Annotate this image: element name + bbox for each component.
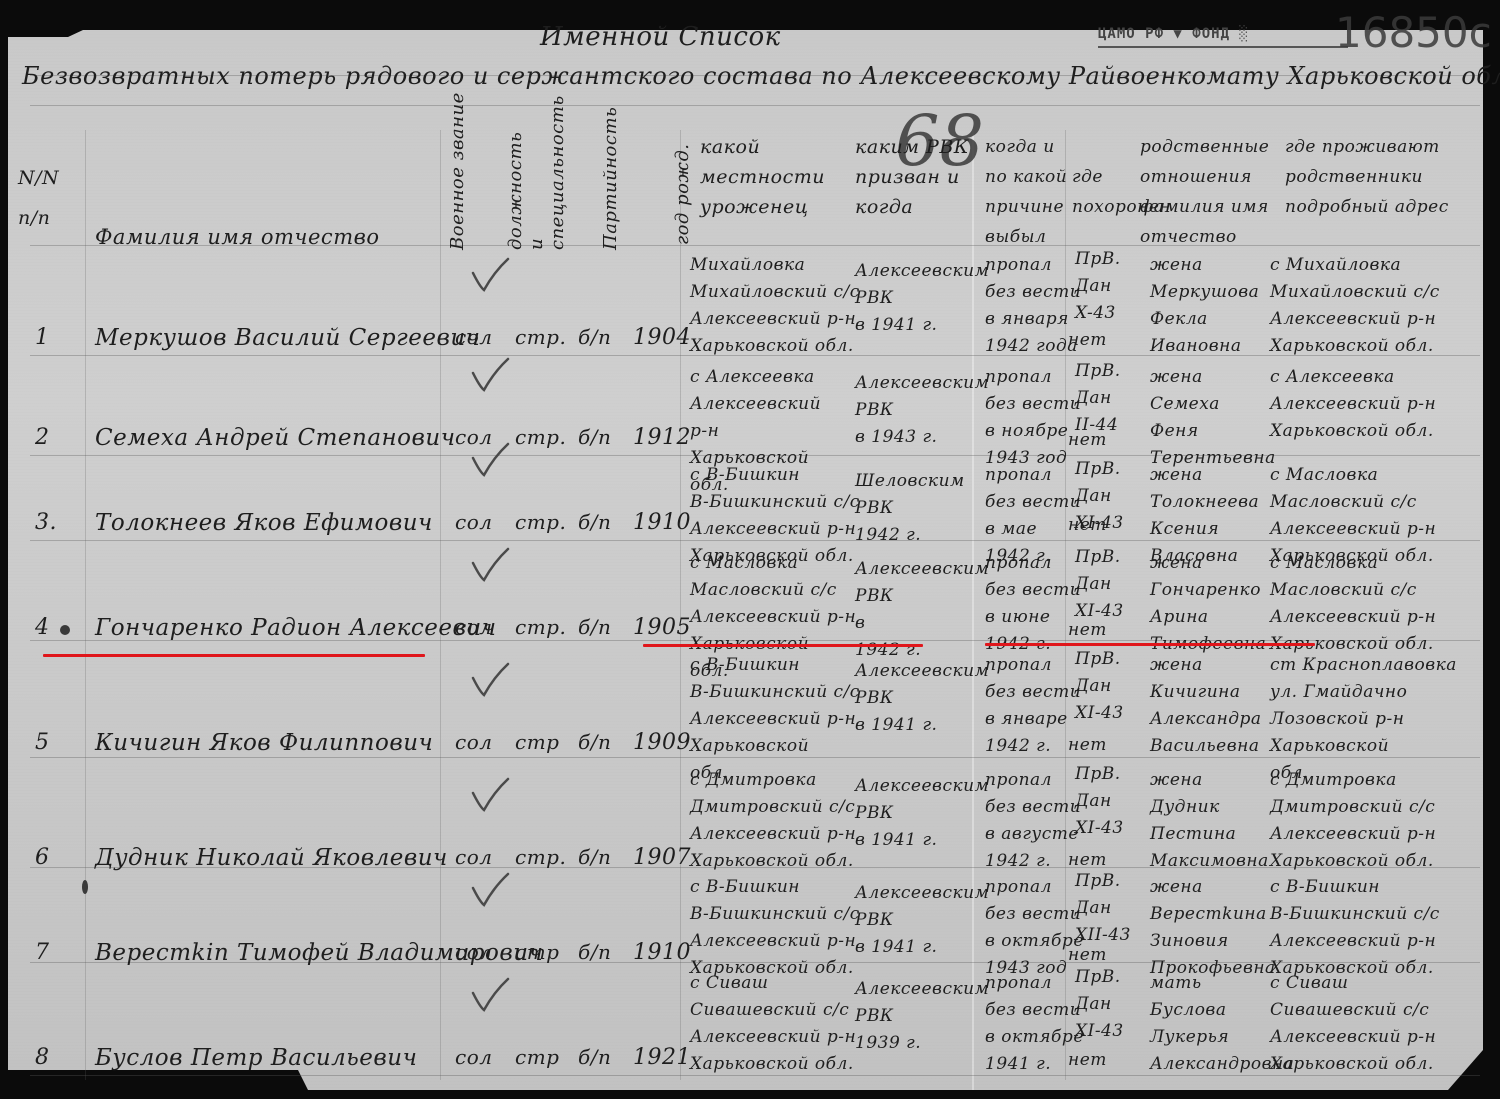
birthplace-line: Харьковской обл. — [690, 1051, 850, 1078]
death-line: в января — [985, 306, 1075, 333]
birthplace-line: Михайловка — [690, 252, 850, 279]
annotation-mark: Дан — [1075, 571, 1145, 598]
birthplace-line: с Масловка — [690, 550, 850, 577]
birthplace-line: с Дмитровка — [690, 767, 850, 794]
archive-stamp: ЦАМО РФ ▼ ФОНД ░ — [1098, 22, 1348, 48]
birthplace-line: с В-Бишкин — [690, 652, 850, 679]
death-line: без вести — [985, 279, 1075, 306]
address-line: Алексеевский р-н — [1270, 306, 1470, 333]
checkmark-icon — [470, 547, 510, 583]
checkmark-icon — [470, 977, 510, 1013]
document-subtitle: Безвозвратных потерь рядового и сержантс… — [22, 62, 1500, 90]
birthplace-line: с Алексеевка — [690, 364, 850, 391]
address-line: с Дмитровка — [1270, 767, 1470, 794]
conscription-line: РВК — [855, 907, 980, 934]
birth-year: 1912 — [633, 425, 691, 450]
conscription-line: в 1941 г. — [855, 934, 980, 961]
relative-line: Кичигина — [1150, 679, 1280, 706]
relative-line: Александровна — [1150, 1051, 1280, 1078]
party: б/п — [578, 425, 611, 449]
death-line: в мае — [985, 516, 1075, 543]
death-line: без вести — [985, 679, 1075, 706]
relative-line: Арина — [1150, 604, 1280, 631]
birthplace-line: с В-Бишкин — [690, 874, 850, 901]
death-line: без вести — [985, 391, 1075, 418]
annotation-mark: XI-43 — [1075, 598, 1145, 625]
relative-line: жена — [1150, 364, 1280, 391]
address-line: Харьковской обл. — [1270, 418, 1470, 445]
address-line: с Масловка — [1270, 462, 1470, 489]
checkmark-icon — [470, 662, 510, 698]
relative-line: жена — [1150, 252, 1280, 279]
rank: сол — [455, 845, 492, 869]
death-line: пропал — [985, 652, 1075, 679]
row-number: 8 — [35, 1045, 50, 1070]
death-line: в июне — [985, 604, 1075, 631]
birth-year: 1904 — [633, 325, 691, 350]
header-num: N/N п/п — [18, 158, 78, 238]
party: б/п — [578, 325, 611, 349]
relative-line: Пестина — [1150, 821, 1280, 848]
conscription-line: РВК — [855, 800, 980, 827]
conscription-line: РВК — [855, 285, 980, 312]
relative-line: Васильевна — [1150, 733, 1280, 760]
red-underline-death — [985, 643, 1315, 646]
death-line: пропал — [985, 462, 1075, 489]
annotation-mark: ПрВ. — [1075, 246, 1145, 273]
relative-line: Семеха — [1150, 391, 1280, 418]
birth-year: 1910 — [633, 940, 691, 965]
address-line: с Алексеевка — [1270, 364, 1470, 391]
header-party: Партийность — [600, 135, 621, 250]
row-number: 1 — [35, 325, 50, 350]
header-burial: где похоронен — [1072, 162, 1132, 222]
annotation-mark: ПрВ. — [1075, 964, 1145, 991]
address-line: Лозовской р-н — [1270, 706, 1470, 733]
death-line: пропал — [985, 970, 1075, 997]
death-line: пропал — [985, 874, 1075, 901]
relative-line: Гончаренко — [1150, 577, 1280, 604]
checkmark-icon — [470, 357, 510, 393]
party: б/п — [578, 940, 611, 964]
burial: нет — [1068, 327, 1107, 354]
death-line: в октябре — [985, 928, 1075, 955]
header-death: когда и по какой причине выбыл — [985, 132, 1070, 252]
party: б/п — [578, 1045, 611, 1069]
address-line: с Сиваш — [1270, 970, 1470, 997]
annotation-mark: ПрВ. — [1075, 456, 1145, 483]
address-line: Алексеевский р-н — [1270, 928, 1470, 955]
annotation-mark: ПрВ. — [1075, 358, 1145, 385]
row-number: 6 — [35, 845, 50, 870]
birth-year: 1905 — [633, 615, 691, 640]
header-address: где проживают родственники подробный адр… — [1285, 132, 1465, 222]
address-line: В-Бишкинский с/с — [1270, 901, 1470, 928]
address-line: Харьковской обл. — [1270, 333, 1470, 360]
position: стр. — [515, 325, 566, 349]
conscription-line: Алексеевским — [855, 773, 980, 800]
archive-number: 16850с — [1335, 8, 1492, 57]
birthplace-line: Алексеевский р-н — [690, 821, 850, 848]
birthplace-line: Сивашевский с/с — [690, 997, 850, 1024]
relative-line: жена — [1150, 652, 1280, 679]
annotation-mark: Дан — [1075, 895, 1145, 922]
address-line: Дмитровский с/с — [1270, 794, 1470, 821]
header-name: Фамилия имя отчество — [95, 225, 379, 249]
birthplace-line: Харьковской обл. — [690, 333, 850, 360]
relative-line: Зиновия — [1150, 928, 1280, 955]
annotation-mark: Дан — [1075, 273, 1145, 300]
annotation-mark: ПрВ. — [1075, 544, 1145, 571]
birthplace-line: В-Бишкинский с/с — [690, 679, 850, 706]
birth-year: 1909 — [633, 730, 691, 755]
address-line: с Михайловка — [1270, 252, 1470, 279]
position: стр — [515, 730, 559, 754]
annotation-mark: Дан — [1075, 991, 1145, 1018]
birthplace-line: Дмитровский с/с — [690, 794, 850, 821]
relative-line: Верестkина — [1150, 901, 1280, 928]
conscription-line: РВК — [855, 583, 980, 610]
death-line: пропал — [985, 767, 1075, 794]
relative-line: жена — [1150, 550, 1280, 577]
relative-line: Ксения — [1150, 516, 1280, 543]
checkmark-icon — [470, 777, 510, 813]
soldier-name: Меркушов Василий Сергеевич — [95, 325, 480, 351]
soldier-name: Гончаренко Радион Алексеевич — [95, 615, 497, 641]
death-line: без вести — [985, 901, 1075, 928]
address-line: с В-Бишкин — [1270, 874, 1470, 901]
conscription-line: Шеловским — [855, 468, 980, 495]
death-line: в январе — [985, 706, 1075, 733]
conscription-line: в 1941 г. — [855, 712, 980, 739]
birthplace-line: с В-Бишкин — [690, 462, 850, 489]
row-number: 7 — [35, 940, 50, 965]
address-line: Масловский с/с — [1270, 577, 1470, 604]
annotation-mark: II-44 — [1075, 412, 1145, 439]
checkmark-icon — [470, 257, 510, 293]
birthplace-line: с Сиваш — [690, 970, 850, 997]
death-line: в ноябре — [985, 418, 1075, 445]
birth-year: 1910 — [633, 510, 691, 535]
conscription-line: РВК — [855, 397, 980, 424]
position: стр. — [515, 615, 566, 639]
relative-line: Ивановна — [1150, 333, 1280, 360]
annotation-mark: Дан — [1075, 673, 1145, 700]
burial: нет — [1068, 1047, 1107, 1074]
conscription-line: 1939 г. — [855, 1030, 980, 1057]
header-relative: родственные отношения фамилия имя отчест… — [1140, 132, 1280, 252]
burial: нет — [1068, 732, 1107, 759]
annotation-mark: XI-43 — [1075, 1018, 1145, 1045]
position: стр. — [515, 425, 566, 449]
relative-line: Максимовна — [1150, 848, 1280, 875]
relative-line: Лукерья — [1150, 1024, 1280, 1051]
party: б/п — [578, 730, 611, 754]
relative-line: Дудник — [1150, 794, 1280, 821]
ruled-line — [30, 105, 1480, 106]
header-birthplace: какой местности уроженец — [700, 132, 850, 222]
birthplace-line: Алексеевский р-н — [690, 604, 850, 631]
row-number: 3. — [35, 510, 57, 535]
party: б/п — [578, 845, 611, 869]
annotation-mark: XII-43 — [1075, 922, 1145, 949]
address-line: ул. Гмайдачно — [1270, 679, 1470, 706]
party: б/п — [578, 510, 611, 534]
annotation-mark: XI-43 — [1075, 815, 1145, 842]
birthplace-line: В-Бишкинский с/с — [690, 489, 850, 516]
address-line: Харьковской обл. — [1270, 1051, 1470, 1078]
paper-tear — [82, 880, 88, 894]
annotation-mark: ПрВ. — [1075, 761, 1145, 788]
party: б/п — [578, 615, 611, 639]
address-line: Алексеевский р-н — [1270, 1024, 1470, 1051]
relative-line: жена — [1150, 462, 1280, 489]
death-line: пропал — [985, 364, 1075, 391]
soldier-name: Буслов Петр Васильевич — [95, 1045, 417, 1071]
address-line: Харьковской обл. — [1270, 848, 1470, 875]
header-rank: Военное звание — [447, 140, 468, 250]
death-line: 1941 г. — [985, 1051, 1075, 1078]
death-line: без вести — [985, 577, 1075, 604]
conscription-line: в 1943 г. — [855, 424, 980, 451]
header-position: должность и специальность — [505, 130, 555, 250]
address-line: Алексеевский р-н — [1270, 516, 1470, 543]
birth-year: 1921 — [633, 1045, 691, 1070]
address-line: Харьковской — [1270, 733, 1470, 760]
conscription-line: РВК — [855, 685, 980, 712]
annotation-mark: Дан — [1075, 788, 1145, 815]
birthplace-line: Алексеевский р-н — [690, 516, 850, 543]
conscription-line: РВК — [855, 1003, 980, 1030]
checkmark-icon — [470, 442, 510, 478]
row-number: 4 — [35, 615, 50, 640]
conscription-line: Алексеевским — [855, 658, 980, 685]
checkmark-icon — [470, 872, 510, 908]
annotation-mark: XI-43 — [1075, 700, 1145, 727]
rank: сол — [455, 940, 492, 964]
relative-line: Феня — [1150, 418, 1280, 445]
rank: сол — [455, 325, 492, 349]
conscription-line: в 1941 г. — [855, 312, 980, 339]
annotation-mark: X-43 — [1075, 300, 1145, 327]
death-line: без вести — [985, 997, 1075, 1024]
conscription-line: в — [855, 610, 980, 637]
birthplace-line: Алексеевский р-н — [690, 928, 850, 955]
conscription-line: Алексеевским — [855, 976, 980, 1003]
death-line: пропал — [985, 252, 1075, 279]
address-line: Алексеевский р-н — [1270, 821, 1470, 848]
conscription-line: в 1941 г. — [855, 827, 980, 854]
conscription-line: Алексеевским — [855, 556, 980, 583]
rank: сол — [455, 615, 492, 639]
relative-line: Буслова — [1150, 997, 1280, 1024]
rank: сол — [455, 1045, 492, 1069]
death-line: пропал — [985, 550, 1075, 577]
death-line: без вести — [985, 794, 1075, 821]
birthplace-line: Масловский с/с — [690, 577, 850, 604]
relative-line: жена — [1150, 874, 1280, 901]
position: стр. — [515, 845, 566, 869]
soldier-name: Толокнеев Яков Ефимович — [95, 510, 433, 536]
red-underline-name — [43, 654, 425, 657]
annotation-mark: ПрВ. — [1075, 646, 1145, 673]
address-line: Алексеевский р-н — [1270, 391, 1470, 418]
relative-line: Александра — [1150, 706, 1280, 733]
death-line: 1942 г. — [985, 848, 1075, 875]
death-line: 1942 года — [985, 333, 1075, 360]
address-line: Михайловский с/с — [1270, 279, 1470, 306]
soldier-name: Семеха Андрей Степанович — [95, 425, 456, 451]
conscription-line: Алексеевским — [855, 258, 980, 285]
annotation-mark: ПрВ. — [1075, 868, 1145, 895]
address-line: Сивашевский с/с — [1270, 997, 1470, 1024]
birthplace-line: Михайловский с/с — [690, 279, 850, 306]
annotation-mark: Дан — [1075, 385, 1145, 412]
conscription-line: 1942 г. — [855, 522, 980, 549]
birthplace-line: В-Бишкинский с/с — [690, 901, 850, 928]
paper-tear — [60, 625, 70, 635]
death-line: без вести — [985, 489, 1075, 516]
annotation-mark: XI-43 — [1075, 510, 1145, 537]
address-line: Масловский с/с — [1270, 489, 1470, 516]
birthplace-line: Алексеевский р-н — [690, 1024, 850, 1051]
death-line: в октябре — [985, 1024, 1075, 1051]
header-birth-year: год рожд. — [672, 145, 693, 245]
soldier-name: Дудник Николай Яковлевич — [95, 845, 448, 871]
birthplace-line: Харьковской — [690, 733, 850, 760]
birthplace-line: р-н — [690, 418, 850, 445]
rank: сол — [455, 510, 492, 534]
death-line: 1942 г. — [985, 733, 1075, 760]
position: стр. — [515, 510, 566, 534]
position: стр — [515, 940, 559, 964]
header-conscription: каким РВК призван и когда — [855, 132, 985, 222]
relative-line: Фекла — [1150, 306, 1280, 333]
birthplace-line: Алексеевский р-н — [690, 306, 850, 333]
row-number: 5 — [35, 730, 50, 755]
conscription-line: Алексеевским — [855, 370, 980, 397]
conscription-line: Алексеевским — [855, 880, 980, 907]
relative-line: жена — [1150, 767, 1280, 794]
birthplace-line: Алексеевский — [690, 391, 850, 418]
conscription-line: РВК — [855, 495, 980, 522]
birth-year: 1907 — [633, 845, 691, 870]
address-line: ст Красноплавовка — [1270, 652, 1470, 679]
soldier-name: Кичигин Яков Филиппович — [95, 730, 433, 756]
document-title: Именной Список — [540, 22, 781, 52]
position: стр — [515, 1045, 559, 1069]
relative-line: мать — [1150, 970, 1280, 997]
death-line: в августе — [985, 821, 1075, 848]
relative-line: Меркушова — [1150, 279, 1280, 306]
relative-line: Толокнеева — [1150, 489, 1280, 516]
address-line: Алексеевский р-н — [1270, 604, 1470, 631]
address-line: с Масловка — [1270, 550, 1470, 577]
annotation-mark: Дан — [1075, 483, 1145, 510]
row-number: 2 — [35, 425, 50, 450]
birthplace-line: Алексеевский р-н — [690, 706, 850, 733]
red-underline-birth — [643, 644, 923, 647]
birthplace-line: Харьковской обл. — [690, 848, 850, 875]
rank: сол — [455, 730, 492, 754]
